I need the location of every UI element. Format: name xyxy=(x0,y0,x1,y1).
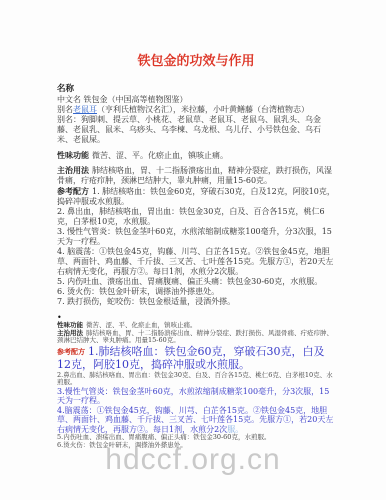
xingwei-para: 性味功能微苦、涩、平。化瘀止血，镇咳止痛。 xyxy=(57,150,335,161)
document-page: 铁包金的功效与作用 名称 中文名 铁包金（中国高等植物图鉴） 别名老鼠耳（亨利氏… xyxy=(0,0,386,500)
page-title: 铁包金的功效与作用 xyxy=(57,54,335,69)
peifang-label: 参考配方 xyxy=(57,186,89,196)
peifang-para: 参考配方1. 肺结核咯血：铁包金60克，穿破石30克，白及12克，阿胶10克，捣… xyxy=(57,186,335,207)
recipe-item4-main: 4.脑震荡：①铁包金45克，钩藤、川芎、白芷各15克。②铁包金45克，地胆草、两… xyxy=(57,406,333,434)
peifang-para-highlight: 参考配方1.肺结核咯血：铁包金60克，穿破石30克，白及12克，阿胶10克，捣碎… xyxy=(57,345,335,372)
recipe-item: 3. 慢性气管炎：铁包金茎叶60克，水煎浓缩制成糖浆100毫升，分3次服，15天… xyxy=(57,227,335,247)
document-content: 铁包金的功效与作用 名称 中文名 铁包金（中国高等植物图鉴） 别名老鼠耳（亨利氏… xyxy=(57,54,335,449)
alias-prefix: 别名 xyxy=(57,105,73,114)
alias-rest: （亨利氏植物汉名汇），米拉藤，小叶黄鳝藤（台湾植物志） xyxy=(97,105,309,114)
site-watermark: hdccf.org.cn xyxy=(0,443,386,477)
chinese-name-line: 中文名 铁包金（中国高等植物图鉴） xyxy=(57,95,335,105)
recipe-item: 7. 跌打损伤，蛇咬伤：铁包金根适量，浸酒外搽。 xyxy=(57,297,335,307)
zhuzhi-text: 肺结核咯血，胃、十二指肠溃疡出血，精神分裂症，跌打损伤，风湿骨痛，疔疮疖肿，颈淋… xyxy=(57,166,332,185)
peifang-item-1: 1. 肺结核咯血：铁包金60克，穿破石30克，白及12克，阿胶10克，捣碎冲服或… xyxy=(57,187,335,206)
recipe-item-small: 2.鼻出血、肺结核咯血、胃出血：铁包金30克、白及、百合各15克、桃仁6克、白茅… xyxy=(57,372,335,387)
recipe-item-blue: 3.慢性气管炎：铁包金茎叶60克，水煎浓缩制成糖浆100毫升，分3次服，15天为… xyxy=(57,387,335,406)
recipe-item: 6. 烫火伤：铁包金叶研末，调搽油外搽患处。 xyxy=(57,287,335,297)
alias2-line: 别名：狗脚刺、提云草、小桃花、老鼠草、老鼠耳、老鼠乌、鼠乳头、乌金藤、老鼠乳、鼠… xyxy=(57,115,335,145)
alias-link[interactable]: 老鼠耳 xyxy=(73,105,97,114)
zhuzhi-label: 主治用法 xyxy=(57,165,89,175)
alias-line: 别名老鼠耳（亨利氏植物汉名汇），米拉藤，小叶黄鳝藤（台湾植物志） xyxy=(57,105,335,115)
recipe-items: 2. 鼻出血，肺结核咯血，胃出血：铁包金30克，白及、百合各15克，桃仁6克，白… xyxy=(57,207,335,307)
section-heading-name: 名称 xyxy=(57,84,335,95)
recipe-item: 2. 鼻出血，肺结核咯血，胃出血：铁包金30克，白及、百合各15克，桃仁6克，白… xyxy=(57,207,335,227)
recipe-item-blue: 4.脑震荡：①铁包金45克，钩藤、川芎、白芷各15克。②铁包金45克，地胆草、两… xyxy=(57,406,335,435)
recipe-item: 4. 脑震荡：①铁包金45克，钩藤、川芎、白芷各15克。②铁包金45克，地胆草、… xyxy=(57,247,335,277)
zhuzhi-para-small: 主治用法肺结核咯血、胃、十二指肠溃疡出血、精神分裂症、跌打损伤、风湿骨痛、疔疮疖… xyxy=(57,330,335,345)
xingwei-text: 微苦、涩、平。化瘀止血，镇咳止痛。 xyxy=(92,151,228,160)
zhuzhi-text-small: 肺结核咯血、胃、十二指肠溃疡出血、精神分裂症、跌打损伤、风湿骨痛、疔疮疖肿、颈淋… xyxy=(57,329,333,345)
peifang-label-red: 参考配方 xyxy=(57,347,85,356)
recipe-item: 5. 内伤吐血、溃疡出血、胃痛腹痛、偏正头痛：铁包金30-60克，水煎服。 xyxy=(57,277,335,287)
peifang-item-1-blue: 1.肺结核咯血：铁包金60克，穿破石30克，白及12克，阿胶10克，捣碎冲服或水… xyxy=(57,345,325,372)
zhuzhi-para: 主治用法肺结核咯血，胃、十二指肠溃疡出血，精神分裂症，跌打损伤，风湿骨痛，疔疮疖… xyxy=(57,165,335,186)
xingwei-label: 性味功能 xyxy=(57,150,89,160)
xingwei-label-small: 性味功能 xyxy=(57,321,83,329)
